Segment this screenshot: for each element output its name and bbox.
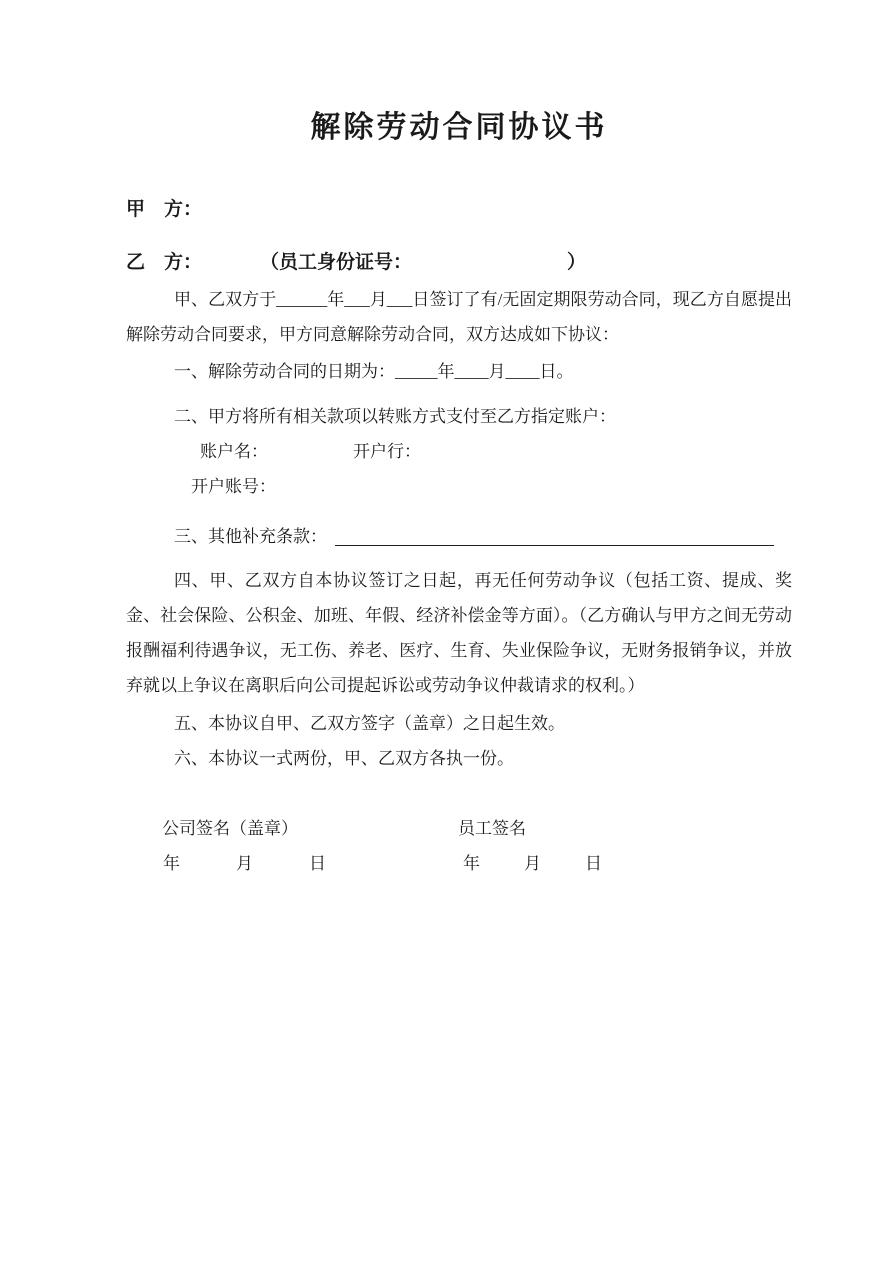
employee-signature-label: 员工签名 (458, 811, 526, 846)
clause-6-copies: 六、本协议一式两份，甲、乙双方各执一份。 (126, 741, 792, 776)
year-label: 年 (463, 846, 480, 881)
clause-1-termination-date: 一、解除劳动合同的日期为：_____年____月____日。 (126, 354, 792, 389)
signature-row: 公司签名（盖章） 员工签名 (126, 811, 792, 846)
party-b-id-label: （员工身份证号： (260, 252, 412, 273)
clause-3-label: 三、其他补充条款： (174, 519, 327, 554)
party-a-line: 甲 方： (126, 197, 792, 223)
bank-branch-label: 开户行： (353, 442, 421, 461)
clause-2-payment: 二、甲方将所有相关款项以转账方式支付至乙方指定账户： (126, 399, 792, 434)
party-b-label: 乙 方： (126, 252, 202, 273)
account-name-label: 账户名： (200, 442, 268, 461)
clause-5-effective: 五、本协议自甲、乙双方签字（盖章）之日起生效。 (126, 706, 792, 741)
month-label: 月 (236, 846, 253, 881)
clause-4-no-disputes: 四、甲、乙双方自本协议签订之日起，再无任何劳动争议（包括工资、提成、奖金、社会保… (126, 563, 792, 703)
party-b-close-paren: ） (567, 252, 586, 273)
bank-detail-row: 账户名：开户行： (200, 434, 792, 469)
employee-date-fields: 年 月 日 (463, 846, 602, 881)
party-a-label: 甲 方： (126, 199, 202, 220)
day-label: 日 (309, 846, 326, 881)
preamble-paragraph: 甲、乙双方于______年___月___日签订了有/无固定期限劳动合同，现乙方自… (126, 282, 792, 352)
day-label: 日 (585, 846, 602, 881)
company-signature-label: 公司签名（盖章） (162, 811, 298, 846)
account-number-row: 开户账号： (191, 469, 792, 504)
company-date-fields: 年 月 日 (163, 846, 326, 881)
party-b-line: 乙 方：（员工身份证号：） (126, 250, 792, 276)
clause-3-supplementary: 三、其他补充条款： (126, 519, 792, 554)
blank-underline (335, 519, 774, 546)
document-title: 解除劳动合同协议书 (126, 104, 792, 152)
month-label: 月 (524, 846, 541, 881)
account-number-label: 开户账号： (191, 477, 276, 496)
year-label: 年 (163, 846, 180, 881)
signature-date-row: 年 月 日 年 月 日 (126, 846, 792, 881)
document-page: 解除劳动合同协议书 甲 方： 乙 方：（员工身份证号：） 甲、乙双方于_____… (0, 0, 892, 1262)
